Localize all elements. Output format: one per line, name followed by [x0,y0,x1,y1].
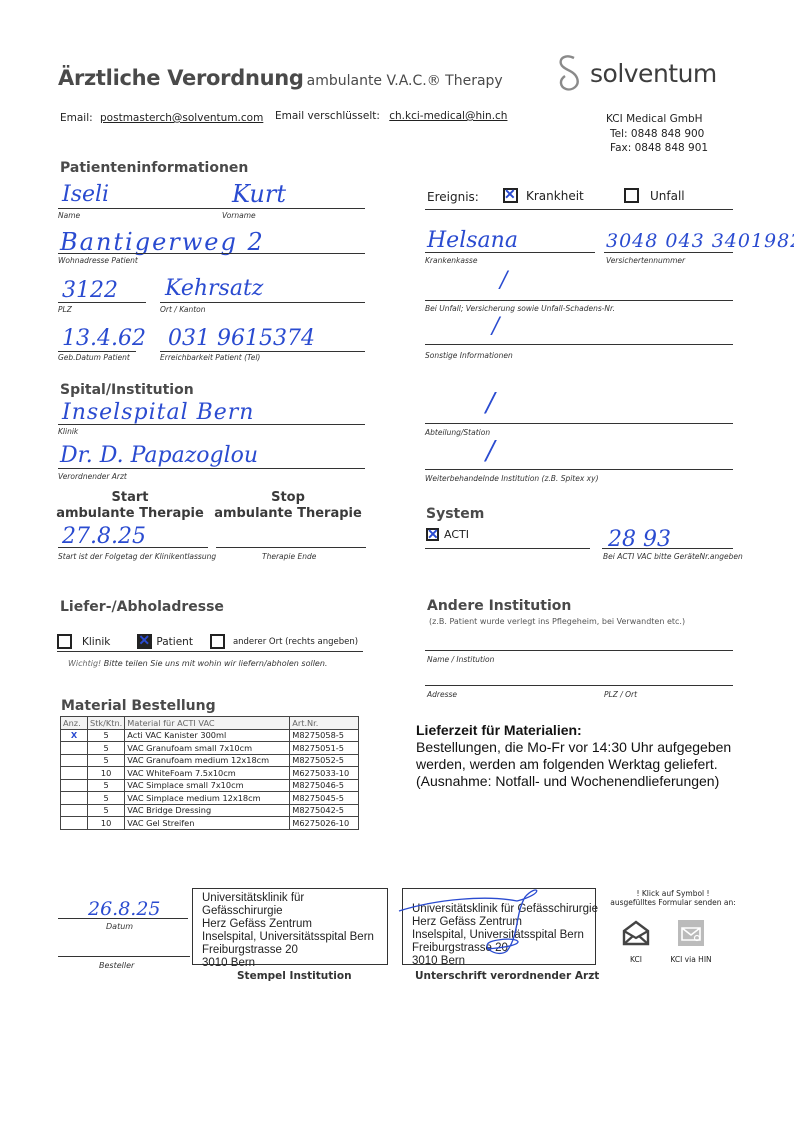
send-hin-label: KCI via HIN [668,955,714,964]
stop-title-2: ambulante Therapie [214,506,362,522]
title-main: Ärztliche Verordnung [58,66,304,90]
patient-geb-label: Geb.Datum Patient [58,353,130,362]
material-name-cell: VAC Gel Streifen [125,817,290,830]
stop-therapie-label: Therapie Ende [262,552,316,561]
liefer-patient-checkbox[interactable] [137,634,152,649]
material-stk-cell: 5 [88,742,125,755]
start-therapie-value[interactable]: 27.8.25 [62,524,146,549]
col-anz: Anz. [61,717,88,730]
section-patient: Patienteninformationen [60,160,248,176]
sonstige-label: Sonstige Informationen [425,351,513,360]
start-therapie-line [58,547,208,548]
lieferzeit-line2: werden, werden am folgenden Werktag geli… [416,756,731,773]
stamp-line: 3010 Bern [202,957,378,970]
section-spital: Spital/Institution [60,382,194,398]
lieferzeit-info: Lieferzeit für Materialien: Bestellungen… [416,722,731,790]
unfall-versicherung-label: Bei Unfall; Versicherung sowie Unfall-Sc… [425,304,615,313]
patient-tel-line [160,351,365,352]
col-material: Material für ACTI VAC [125,717,290,730]
andere-name-line[interactable] [425,650,733,651]
patient-tel-label: Erreichbarkeit Patient (Tel) [160,353,260,362]
email-encrypted-link[interactable]: ch.kci-medical@hin.ch [389,110,507,122]
unfall-label: Unfall [650,189,685,203]
stamp-line: Universitätsklinik für Gefässchirurgie [202,892,378,918]
patient-plz-line [58,302,146,303]
sonstige-value[interactable]: / [492,314,499,339]
versichertennummer-label: Versichertennummer [606,256,685,265]
stamp-line: Herz Gefäss Zentrum [202,918,378,931]
system-acti-option[interactable]: ACTI [426,528,469,541]
patient-name-line [58,208,224,209]
patient-name-value[interactable]: Iseli [62,182,109,207]
patient-address-value[interactable]: Bantigerweg 2 [60,228,265,256]
material-artnr-cell: M8275052-5 [290,754,359,767]
krankheit-label: Krankheit [526,189,584,203]
company-tel: Tel: 0848 848 900 [606,127,708,142]
send-title: ! Klick auf Symbol ! [608,889,738,898]
ereignis-unfall[interactable]: Unfall [624,188,685,203]
material-stk-cell: 10 [88,817,125,830]
section-system: System [426,506,484,522]
material-stk-cell: 5 [88,779,125,792]
section-liefer: Liefer-/Abholadresse [60,599,224,615]
material-stk-cell: 5 [88,729,125,742]
ereignis-krankheit[interactable]: Krankheit [503,188,584,203]
liefer-note-prefix: Wichtig! [68,659,101,668]
material-artnr-cell: M8275042-5 [290,804,359,817]
send-hin-button[interactable]: KCI via HIN [668,920,714,964]
material-row: X5Acti VAC Kanister 300mlM8275058-5 [61,729,359,742]
patient-plz-value[interactable]: 3122 [62,278,118,303]
envelope-open-icon [622,920,650,946]
patient-vorname-label: Vorname [222,211,256,220]
besteller-label: Besteller [99,961,134,970]
patient-address-label: Wohnadresse Patient [58,256,138,265]
ereignis-line [425,209,733,210]
start-title-2: ambulante Therapie [56,506,204,522]
liefer-patient-label: Patient [156,636,193,648]
material-name-cell: VAC Granufoam small 7x10cm [125,742,290,755]
material-row: 10VAC WhiteFoam 7.5x10cmM6275033-10 [61,767,359,780]
weiter-line [425,469,733,470]
patient-ort-line [160,302,365,303]
stamp-line: Freiburgstrasse 20 [202,944,378,957]
material-artnr-cell: M8275045-5 [290,792,359,805]
title-subtitle: ambulante V.A.C.® Therapy [307,73,503,89]
material-name-cell: VAC Bridge Dressing [125,804,290,817]
company-info: KCI Medical GmbH Tel: 0848 848 900 Fax: … [606,112,708,156]
liefer-klinik-label: Klinik [82,636,110,648]
patient-ort-label: Ort / Kanton [160,305,206,314]
envelope-hin-icon [678,920,704,946]
datum-label: Datum [106,922,133,931]
material-stk-cell: 5 [88,754,125,767]
material-anz-cell[interactable] [61,817,88,830]
krankenkasse-value[interactable]: Helsana [427,228,518,253]
material-name-cell: Acti VAC Kanister 300ml [125,729,290,742]
email-encrypted-row: Email verschlüsselt: ch.kci-medical@hin.… [275,110,507,122]
andere-plz-label: PLZ / Ort [604,690,637,699]
patient-address-line [58,253,365,254]
col-artnr: Art.Nr. [290,717,359,730]
material-anz-cell[interactable] [61,754,88,767]
patient-name-label: Name [58,211,80,220]
patient-plz-label: PLZ [58,305,72,314]
material-stk-cell: 5 [88,792,125,805]
material-row: 5VAC Simplace small 7x10cmM8275046-5 [61,779,359,792]
signature-caption: Unterschrift verordnender Arzt [415,970,599,982]
liefer-note: Wichtig! Bitte teilen Sie uns mit wohin … [68,659,327,668]
liefer-anderer-label: anderer Ort (rechts angeben) [233,637,358,647]
unfall-checkbox[interactable] [624,188,639,203]
stop-title-1: Stop [214,490,362,506]
system-line [425,548,590,549]
abteilung-label: Abteilung/Station [425,428,490,437]
arzt-value[interactable]: Dr. D. Papazoglou [60,443,258,468]
material-row: 5VAC Granufoam small 7x10cmM8275051-5 [61,742,359,755]
solventum-s-icon [556,54,582,92]
lieferzeit-title: Lieferzeit für Materialien: [416,722,731,739]
geraet-nr-label: Bei ACTI VAC bitte GeräteNr.angeben [603,552,743,561]
start-title-1: Start [56,490,204,506]
klinik-label: Klinik [58,427,78,436]
versichertennummer-value[interactable]: 3048 043 3401982 [606,230,794,252]
unfall-versicherung-value[interactable]: / [500,268,507,293]
material-row: 10VAC Gel StreifenM6275026-10 [61,817,359,830]
patient-ort-value[interactable]: Kehrsatz [165,276,263,301]
andere-adresse-label: Adresse [427,690,457,699]
material-artnr-cell: M8275051-5 [290,742,359,755]
datum-value[interactable]: 26.8.25 [88,898,161,920]
stamp-line: Inselspital, Universitätsspital Bern [202,931,378,944]
patient-geb-line [58,351,136,352]
material-table: Anz. Stk/Ktn. Material für ACTI VAC Art.… [60,716,359,830]
ereignis-label: Ereignis: [427,190,479,204]
send-instructions: ! Klick auf Symbol ! ausgefülltes Formul… [608,889,738,907]
patient-vorname-line [222,208,365,209]
krankenkasse-label: Krankenkasse [425,256,477,265]
liefer-note-text: Bitte teilen Sie uns mit wohin wir liefe… [104,659,328,668]
material-name-cell: VAC WhiteFoam 7.5x10cm [125,767,290,780]
material-stk-cell: 5 [88,804,125,817]
geraet-nr-line [602,548,733,549]
material-anz-cell[interactable] [61,779,88,792]
material-anz-cell[interactable] [61,792,88,805]
email-label: Email: [60,112,93,124]
material-anz-cell[interactable] [61,742,88,755]
material-name-cell: VAC Simplace small 7x10cm [125,779,290,792]
material-artnr-cell: M6275026-10 [290,817,359,830]
material-artnr-cell: M6275033-10 [290,767,359,780]
material-name-cell: VAC Simplace medium 12x18cm [125,792,290,805]
logo-text: solventum [590,59,717,88]
form-title: Ärztliche Verordnungambulante V.A.C.® Th… [58,66,503,90]
besteller-line[interactable] [58,956,190,957]
acti-label: ACTI [444,528,469,541]
material-row: 5VAC Bridge DressingM8275042-5 [61,804,359,817]
arzt-label: Verordnender Arzt [58,472,127,481]
section-material: Material Bestellung [61,698,216,714]
weiter-label: Weiterbehandelnde Institution (z.B. Spit… [425,474,599,483]
krankheit-checkbox[interactable] [503,188,518,203]
patient-geb-value[interactable]: 13.4.62 [62,326,146,351]
lieferzeit-line1: Bestellungen, die Mo-Fr vor 14:30 Uhr au… [416,739,731,756]
start-therapie-label: Start ist der Folgetag der Klinikentlass… [58,552,216,561]
email-link[interactable]: postmasterch@solventum.com [100,112,263,124]
material-artnr-cell: M8275046-5 [290,779,359,792]
unfall-versicherung-line [425,300,733,301]
email-encrypted-label: Email verschlüsselt: [275,110,380,122]
material-header-row: Anz. Stk/Ktn. Material für ACTI VAC Art.… [61,717,359,730]
weiter-value[interactable]: / [486,436,495,466]
signature-box[interactable]: Universitätsklinik für Gefässchirurgie H… [402,888,596,965]
krankenkasse-line [425,252,595,253]
material-artnr-cell: M8275058-5 [290,729,359,742]
material-stk-cell: 10 [88,767,125,780]
stop-therapie-line [216,547,366,548]
stop-therapie-heading: Stop ambulante Therapie [214,490,362,522]
stamp-institution-box: Universitätsklinik für Gefässchirurgie H… [192,888,388,965]
material-row: 5VAC Simplace medium 12x18cmM8275045-5 [61,792,359,805]
liefer-anderer-checkbox[interactable] [210,634,225,649]
send-subtitle: ausgefülltes Formular senden an: [608,898,738,907]
liefer-klinik-checkbox[interactable] [57,634,72,649]
col-stk: Stk/Ktn. [88,717,125,730]
section-andere: Andere Institution [427,598,571,614]
material-anz-cell[interactable]: X [61,729,88,742]
sonstige-line [425,344,733,345]
material-anz-cell[interactable] [61,804,88,817]
klinik-value[interactable]: Inselspital Bern [62,400,254,425]
andere-name-label: Name / Institution [427,655,494,664]
liefer-line [57,651,363,652]
send-kci-label: KCI [621,955,651,964]
acti-checkbox[interactable] [426,528,439,541]
abteilung-line [425,423,733,424]
liefer-options: Klinik Patient anderer Ort (rechts angeb… [57,634,358,649]
material-row: 5VAC Granufoam medium 12x18cmM8275052-5 [61,754,359,767]
start-therapie-heading: Start ambulante Therapie [56,490,204,522]
send-kci-button[interactable]: KCI [621,920,651,964]
patient-vorname-value[interactable]: Kurt [232,180,286,208]
solventum-logo: solventum [556,54,717,92]
versichertennummer-line [604,252,733,253]
signature-scribble-icon [397,885,597,965]
company-fax: Fax: 0848 848 901 [606,141,708,156]
lieferzeit-line3: (Ausnahme: Notfall- und Wochenendlieferu… [416,773,731,790]
andere-hint: (z.B. Patient wurde verlegt ins Pflegehe… [429,617,685,626]
stamp-caption: Stempel Institution [237,970,352,982]
klinik-line [58,424,365,425]
datum-line [58,918,188,919]
material-anz-cell[interactable] [61,767,88,780]
arzt-line [58,468,365,469]
company-name: KCI Medical GmbH [606,112,708,127]
patient-tel-value[interactable]: 031 9615374 [168,326,315,351]
email-row: Email: postmasterch@solventum.com [60,112,263,124]
abteilung-value[interactable]: / [486,388,495,418]
andere-adresse-line[interactable] [425,685,733,686]
material-name-cell: VAC Granufoam medium 12x18cm [125,754,290,767]
